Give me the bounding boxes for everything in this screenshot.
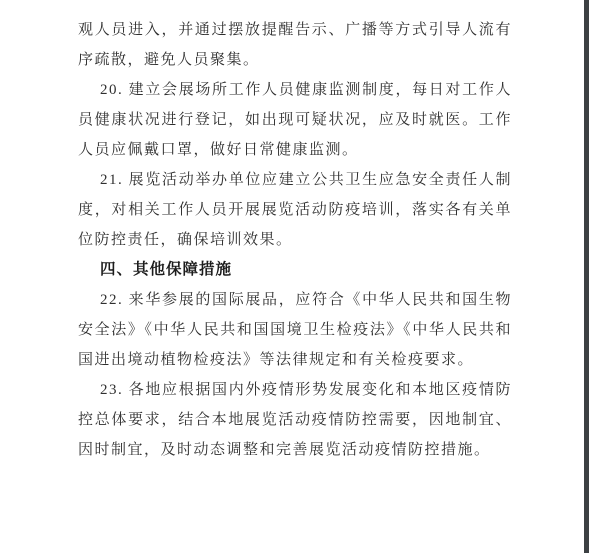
paragraph-continuation: 观人员进入，并通过摆放提醒告示、广播等方式引导人流有序疏散，避免人员聚集。 <box>78 15 512 75</box>
paragraph-item-23: 23. 各地应根据国内外疫情形势发展变化和本地区疫情防控总体要求，结合本地展览活… <box>78 375 512 465</box>
document-content: 观人员进入，并通过摆放提醒告示、广播等方式引导人流有序疏散，避免人员聚集。 20… <box>78 15 512 465</box>
viewer-edge-strip <box>584 0 589 553</box>
paragraph-item-22: 22. 来华参展的国际展品，应符合《中华人民共和国生物安全法》《中华人民共和国国… <box>78 285 512 375</box>
paragraph-item-20: 20. 建立会展场所工作人员健康监测制度，每日对工作人员健康状况进行登记，如出现… <box>78 75 512 165</box>
document-page: 观人员进入，并通过摆放提醒告示、广播等方式引导人流有序疏散，避免人员聚集。 20… <box>0 0 589 553</box>
section-heading: 四、其他保障措施 <box>78 255 512 285</box>
paragraph-item-21: 21. 展览活动举办单位应建立公共卫生应急安全责任人制度，对相关工作人员开展展览… <box>78 165 512 255</box>
